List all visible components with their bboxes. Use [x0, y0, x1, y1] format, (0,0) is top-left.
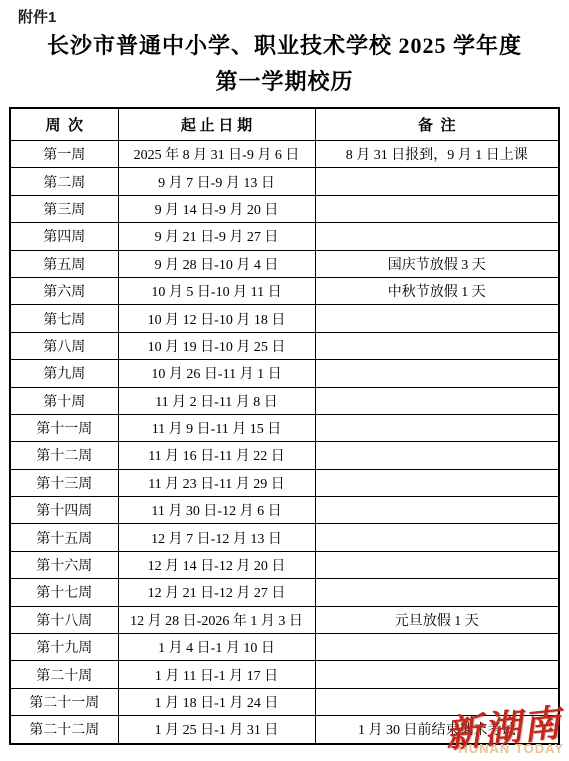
col-header-dates: 起 止 日 期	[118, 108, 315, 141]
table-row: 第十二周 11 月 16 日-11 月 22 日	[10, 442, 559, 469]
week-cell: 第二十一周	[10, 688, 118, 715]
table-row: 第三周 9 月 14 日-9 月 20 日	[10, 195, 559, 222]
dates-cell: 11 月 30 日-12 月 6 日	[118, 497, 315, 524]
table-row: 第六周 10 月 5 日-10 月 11 日 中秋节放假 1 天	[10, 277, 559, 304]
dates-cell: 11 月 2 日-11 月 8 日	[118, 387, 315, 414]
week-cell: 第一周	[10, 141, 118, 168]
table-row: 第十九周 1 月 4 日-1 月 10 日	[10, 634, 559, 661]
table-row: 第二周 9 月 7 日-9 月 13 日	[10, 168, 559, 195]
week-cell: 第四周	[10, 223, 118, 250]
week-cell: 第七周	[10, 305, 118, 332]
col-header-week: 周 次	[10, 108, 118, 141]
dates-cell: 10 月 12 日-10 月 18 日	[118, 305, 315, 332]
note-cell	[315, 688, 559, 715]
table-row: 第十六周 12 月 14 日-12 月 20 日	[10, 551, 559, 578]
page-title-line1: 长沙市普通中小学、职业技术学校 2025 学年度	[47, 33, 522, 58]
attachment-label: 附件1	[18, 6, 56, 27]
dates-cell: 9 月 21 日-9 月 27 日	[118, 223, 315, 250]
table-row: 第二十一周 1 月 18 日-1 月 24 日	[10, 688, 559, 715]
dates-cell: 10 月 5 日-10 月 11 日	[118, 277, 315, 304]
week-cell: 第二十周	[10, 661, 118, 688]
calendar-table-header: 周 次 起 止 日 期 备 注	[10, 108, 559, 141]
table-row: 第十三周 11 月 23 日-11 月 29 日	[10, 469, 559, 496]
week-cell: 第二十二周	[10, 716, 118, 744]
table-row: 第十周 11 月 2 日-11 月 8 日	[10, 387, 559, 414]
note-cell: 中秋节放假 1 天	[315, 277, 559, 304]
page-title: 长沙市普通中小学、职业技术学校 2025 学年度 第一学期校历	[0, 28, 569, 100]
dates-cell: 12 月 7 日-12 月 13 日	[118, 524, 315, 551]
note-cell	[315, 387, 559, 414]
dates-cell: 1 月 18 日-1 月 24 日	[118, 688, 315, 715]
note-cell: 元旦放假 1 天	[315, 606, 559, 633]
table-row: 第四周 9 月 21 日-9 月 27 日	[10, 223, 559, 250]
table-row: 第九周 10 月 26 日-11 月 1 日	[10, 360, 559, 387]
col-header-note: 备 注	[315, 108, 559, 141]
week-cell: 第十一周	[10, 414, 118, 441]
dates-cell: 12 月 14 日-12 月 20 日	[118, 551, 315, 578]
dates-cell: 1 月 4 日-1 月 10 日	[118, 634, 315, 661]
week-cell: 第十八周	[10, 606, 118, 633]
week-cell: 第十四周	[10, 497, 118, 524]
note-cell	[315, 168, 559, 195]
dates-cell: 11 月 23 日-11 月 29 日	[118, 469, 315, 496]
table-row: 第五周 9 月 28 日-10 月 4 日 国庆节放假 3 天	[10, 250, 559, 277]
dates-cell: 12 月 28 日-2026 年 1 月 3 日	[118, 606, 315, 633]
note-cell	[315, 414, 559, 441]
dates-cell: 9 月 7 日-9 月 13 日	[118, 168, 315, 195]
note-cell	[315, 497, 559, 524]
table-row: 第二十周 1 月 11 日-1 月 17 日	[10, 661, 559, 688]
dates-cell: 11 月 16 日-11 月 22 日	[118, 442, 315, 469]
dates-cell: 9 月 14 日-9 月 20 日	[118, 195, 315, 222]
dates-cell: 2025 年 8 月 31 日-9 月 6 日	[118, 141, 315, 168]
week-cell: 第二周	[10, 168, 118, 195]
table-row: 第八周 10 月 19 日-10 月 25 日	[10, 332, 559, 359]
table-row: 第十五周 12 月 7 日-12 月 13 日	[10, 524, 559, 551]
table-row: 第十四周 11 月 30 日-12 月 6 日	[10, 497, 559, 524]
calendar-table-body: 第一周 2025 年 8 月 31 日-9 月 6 日 8 月 31 日报到，9…	[10, 141, 559, 744]
note-cell	[315, 305, 559, 332]
note-cell	[315, 661, 559, 688]
page-title-line2: 第一学期校历	[215, 69, 353, 94]
note-cell	[315, 332, 559, 359]
note-cell	[315, 360, 559, 387]
header-row: 周 次 起 止 日 期 备 注	[10, 108, 559, 141]
dates-cell: 10 月 26 日-11 月 1 日	[118, 360, 315, 387]
dates-cell: 1 月 25 日-1 月 31 日	[118, 716, 315, 744]
dates-cell: 1 月 11 日-1 月 17 日	[118, 661, 315, 688]
note-cell	[315, 579, 559, 606]
week-cell: 第十三周	[10, 469, 118, 496]
week-cell: 第十周	[10, 387, 118, 414]
week-cell: 第十九周	[10, 634, 118, 661]
table-row: 第二十二周 1 月 25 日-1 月 31 日 1 月 30 日前结束期末考试	[10, 716, 559, 744]
dates-cell: 12 月 21 日-12 月 27 日	[118, 579, 315, 606]
note-cell	[315, 524, 559, 551]
note-cell: 1 月 30 日前结束期末考试	[315, 716, 559, 744]
note-cell	[315, 634, 559, 661]
week-cell: 第三周	[10, 195, 118, 222]
dates-cell: 11 月 9 日-11 月 15 日	[118, 414, 315, 441]
note-cell: 国庆节放假 3 天	[315, 250, 559, 277]
week-cell: 第十七周	[10, 579, 118, 606]
week-cell: 第十六周	[10, 551, 118, 578]
week-cell: 第六周	[10, 277, 118, 304]
table-row: 第十七周 12 月 21 日-12 月 27 日	[10, 579, 559, 606]
note-cell	[315, 442, 559, 469]
note-cell	[315, 195, 559, 222]
dates-cell: 9 月 28 日-10 月 4 日	[118, 250, 315, 277]
table-row: 第十一周 11 月 9 日-11 月 15 日	[10, 414, 559, 441]
note-cell	[315, 223, 559, 250]
dates-cell: 10 月 19 日-10 月 25 日	[118, 332, 315, 359]
week-cell: 第八周	[10, 332, 118, 359]
table-row: 第一周 2025 年 8 月 31 日-9 月 6 日 8 月 31 日报到，9…	[10, 141, 559, 168]
week-cell: 第十五周	[10, 524, 118, 551]
week-cell: 第九周	[10, 360, 118, 387]
note-cell	[315, 551, 559, 578]
note-cell: 8 月 31 日报到，9 月 1 日上课	[315, 141, 559, 168]
week-cell: 第十二周	[10, 442, 118, 469]
week-cell: 第五周	[10, 250, 118, 277]
table-row: 第七周 10 月 12 日-10 月 18 日	[10, 305, 559, 332]
note-cell	[315, 469, 559, 496]
table-row: 第十八周 12 月 28 日-2026 年 1 月 3 日 元旦放假 1 天	[10, 606, 559, 633]
calendar-table: 周 次 起 止 日 期 备 注 第一周 2025 年 8 月 31 日-9 月 …	[9, 107, 560, 745]
